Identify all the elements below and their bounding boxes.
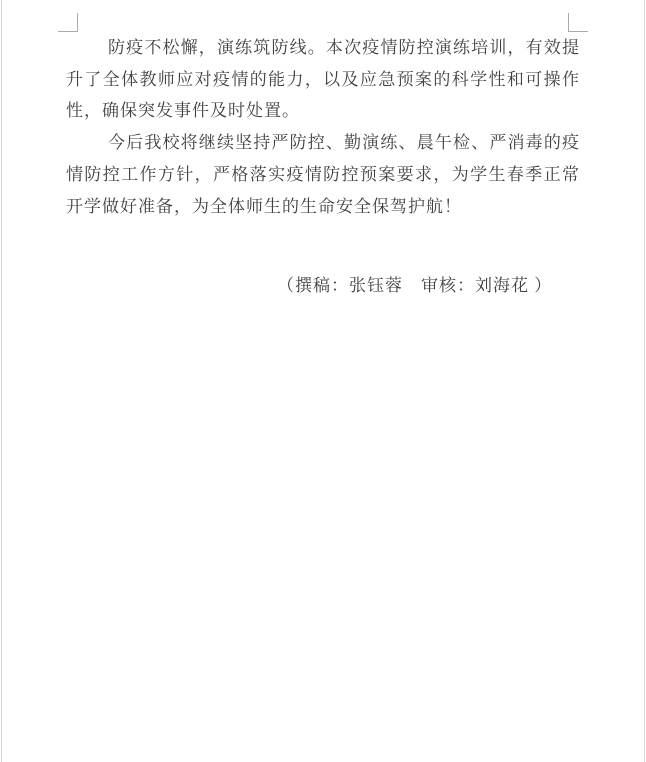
document-page: 防疫不松懈，演练筑防线。本次疫情防控演练培训，有效提升了全体教师应对疫情的能力，… (0, 0, 646, 762)
crop-mark-top-left-icon (58, 13, 78, 32)
page-edge-right (644, 0, 645, 762)
document-text-area: 防疫不松懈，演练筑防线。本次疫情防控演练培训，有效提升了全体教师应对疫情的能力，… (66, 32, 580, 302)
body-paragraph-2: 今后我校将继续坚持严防控、勤演练、晨午检、严消毒的疫情防控工作方针，严格落实疫情… (66, 127, 580, 222)
signature-line: （撰稿：张钰蓉 审核：刘海花 ） (66, 270, 580, 302)
crop-mark-top-right-icon (568, 13, 588, 32)
body-paragraph-1: 防疫不松懈，演练筑防线。本次疫情防控演练培训，有效提升了全体教师应对疫情的能力，… (66, 32, 580, 127)
page-edge-left (1, 0, 2, 762)
